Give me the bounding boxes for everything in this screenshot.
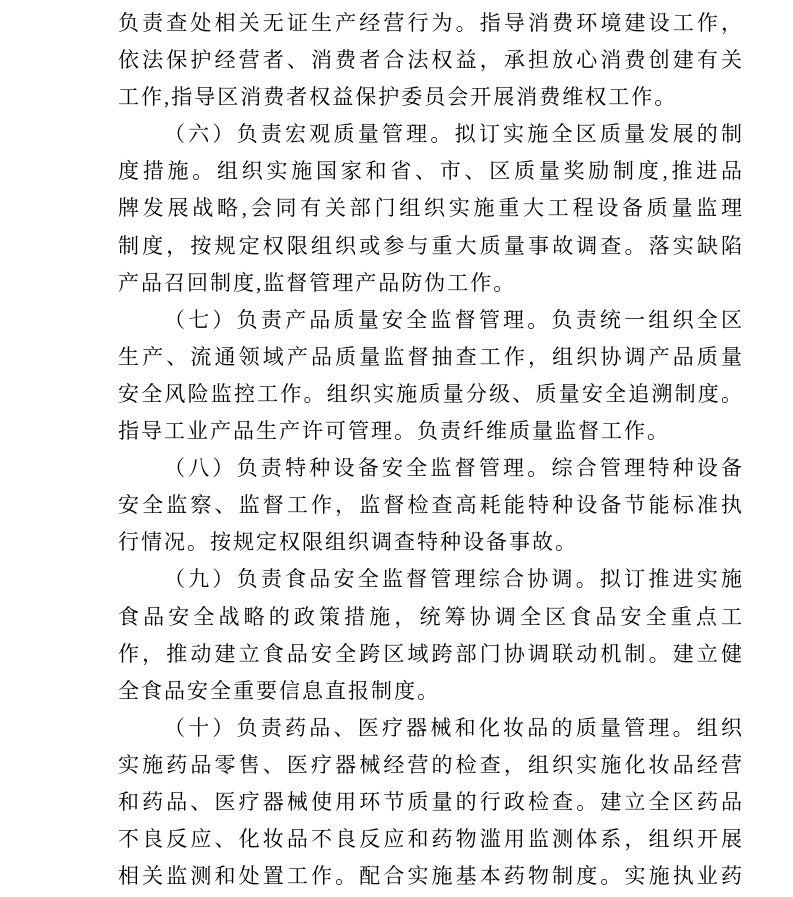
text-line: 安全监察、监督工作，监督检查高耗能特种设备节能标准执 [118, 487, 744, 524]
text-line: 不良反应、化妆品不良反应和药物滥用监测体系，组织开展 [118, 821, 744, 858]
text-line: 生产、流通领域产品质量监督抽查工作，组织协调产品质量 [118, 339, 744, 376]
text-line: 相关监测和处置工作。配合实施基本药物制度。实施执业药 [118, 858, 744, 895]
text-line: 实施药品零售、医疗器械经营的检查，组织实施化妆品经营 [118, 747, 744, 784]
text-line: 行情况。按规定权限组织调查特种设备事故。 [118, 524, 744, 561]
text-line: 工作,指导区消费者权益保护委员会开展消费维权工作。 [118, 79, 744, 116]
text-line: （八）负责特种设备安全监督管理。综合管理特种设备 [118, 450, 744, 487]
text-line: （六）负责宏观质量管理。拟订实施全区质量发展的制 [118, 116, 744, 153]
text-line: 牌发展战略,会同有关部门组织实施重大工程设备质量监理 [118, 190, 744, 227]
text-line: 全食品安全重要信息直报制度。 [118, 673, 744, 710]
text-line: 度措施。组织实施国家和省、市、区质量奖励制度,推进品 [118, 153, 744, 190]
text-line: 制度，按规定权限组织或参与重大质量事故调查。落实缺陷 [118, 228, 744, 265]
text-line: 产品召回制度,监督管理产品防伪工作。 [118, 265, 744, 302]
text-line: （十）负责药品、医疗器械和化妆品的质量管理。组织 [118, 710, 744, 747]
text-line: 和药品、医疗器械使用环节质量的行政检查。建立全区药品 [118, 784, 744, 821]
document-page: 负责查处相关无证生产经营行为。指导消费环境建设工作， 依法保护经营者、消费者合法… [0, 0, 793, 897]
paragraph-item-6: （六）负责宏观质量管理。拟订实施全区质量发展的制 度措施。组织实施国家和省、市、… [118, 116, 744, 301]
text-line: （九）负责食品安全监督管理综合协调。拟订推进实施 [118, 561, 744, 598]
text-line: 安全风险监控工作。组织实施质量分级、质量安全追溯制度。 [118, 376, 744, 413]
paragraph-item-10: （十）负责药品、医疗器械和化妆品的质量管理。组织 实施药品零售、医疗器械经营的检… [118, 710, 744, 895]
paragraph-item-8: （八）负责特种设备安全监督管理。综合管理特种设备 安全监察、监督工作，监督检查高… [118, 450, 744, 561]
paragraph-item-7: （七）负责产品质量安全监督管理。负责统一组织全区 生产、流通领域产品质量监督抽查… [118, 302, 744, 450]
text-line: 负责查处相关无证生产经营行为。指导消费环境建设工作， [118, 5, 744, 42]
text-line: 依法保护经营者、消费者合法权益，承担放心消费创建有关 [118, 42, 744, 79]
text-line: 作，推动建立食品安全跨区域跨部门协调联动机制。建立健 [118, 636, 744, 673]
paragraph-continuation: 负责查处相关无证生产经营行为。指导消费环境建设工作， 依法保护经营者、消费者合法… [118, 5, 744, 116]
text-line: 食品安全战略的政策措施，统筹协调全区食品安全重点工 [118, 599, 744, 636]
text-line: （七）负责产品质量安全监督管理。负责统一组织全区 [118, 302, 744, 339]
paragraph-item-9: （九）负责食品安全监督管理综合协调。拟订推进实施 食品安全战略的政策措施，统筹协… [118, 561, 744, 709]
text-line: 指导工业产品生产许可管理。负责纤维质量监督工作。 [118, 413, 744, 450]
